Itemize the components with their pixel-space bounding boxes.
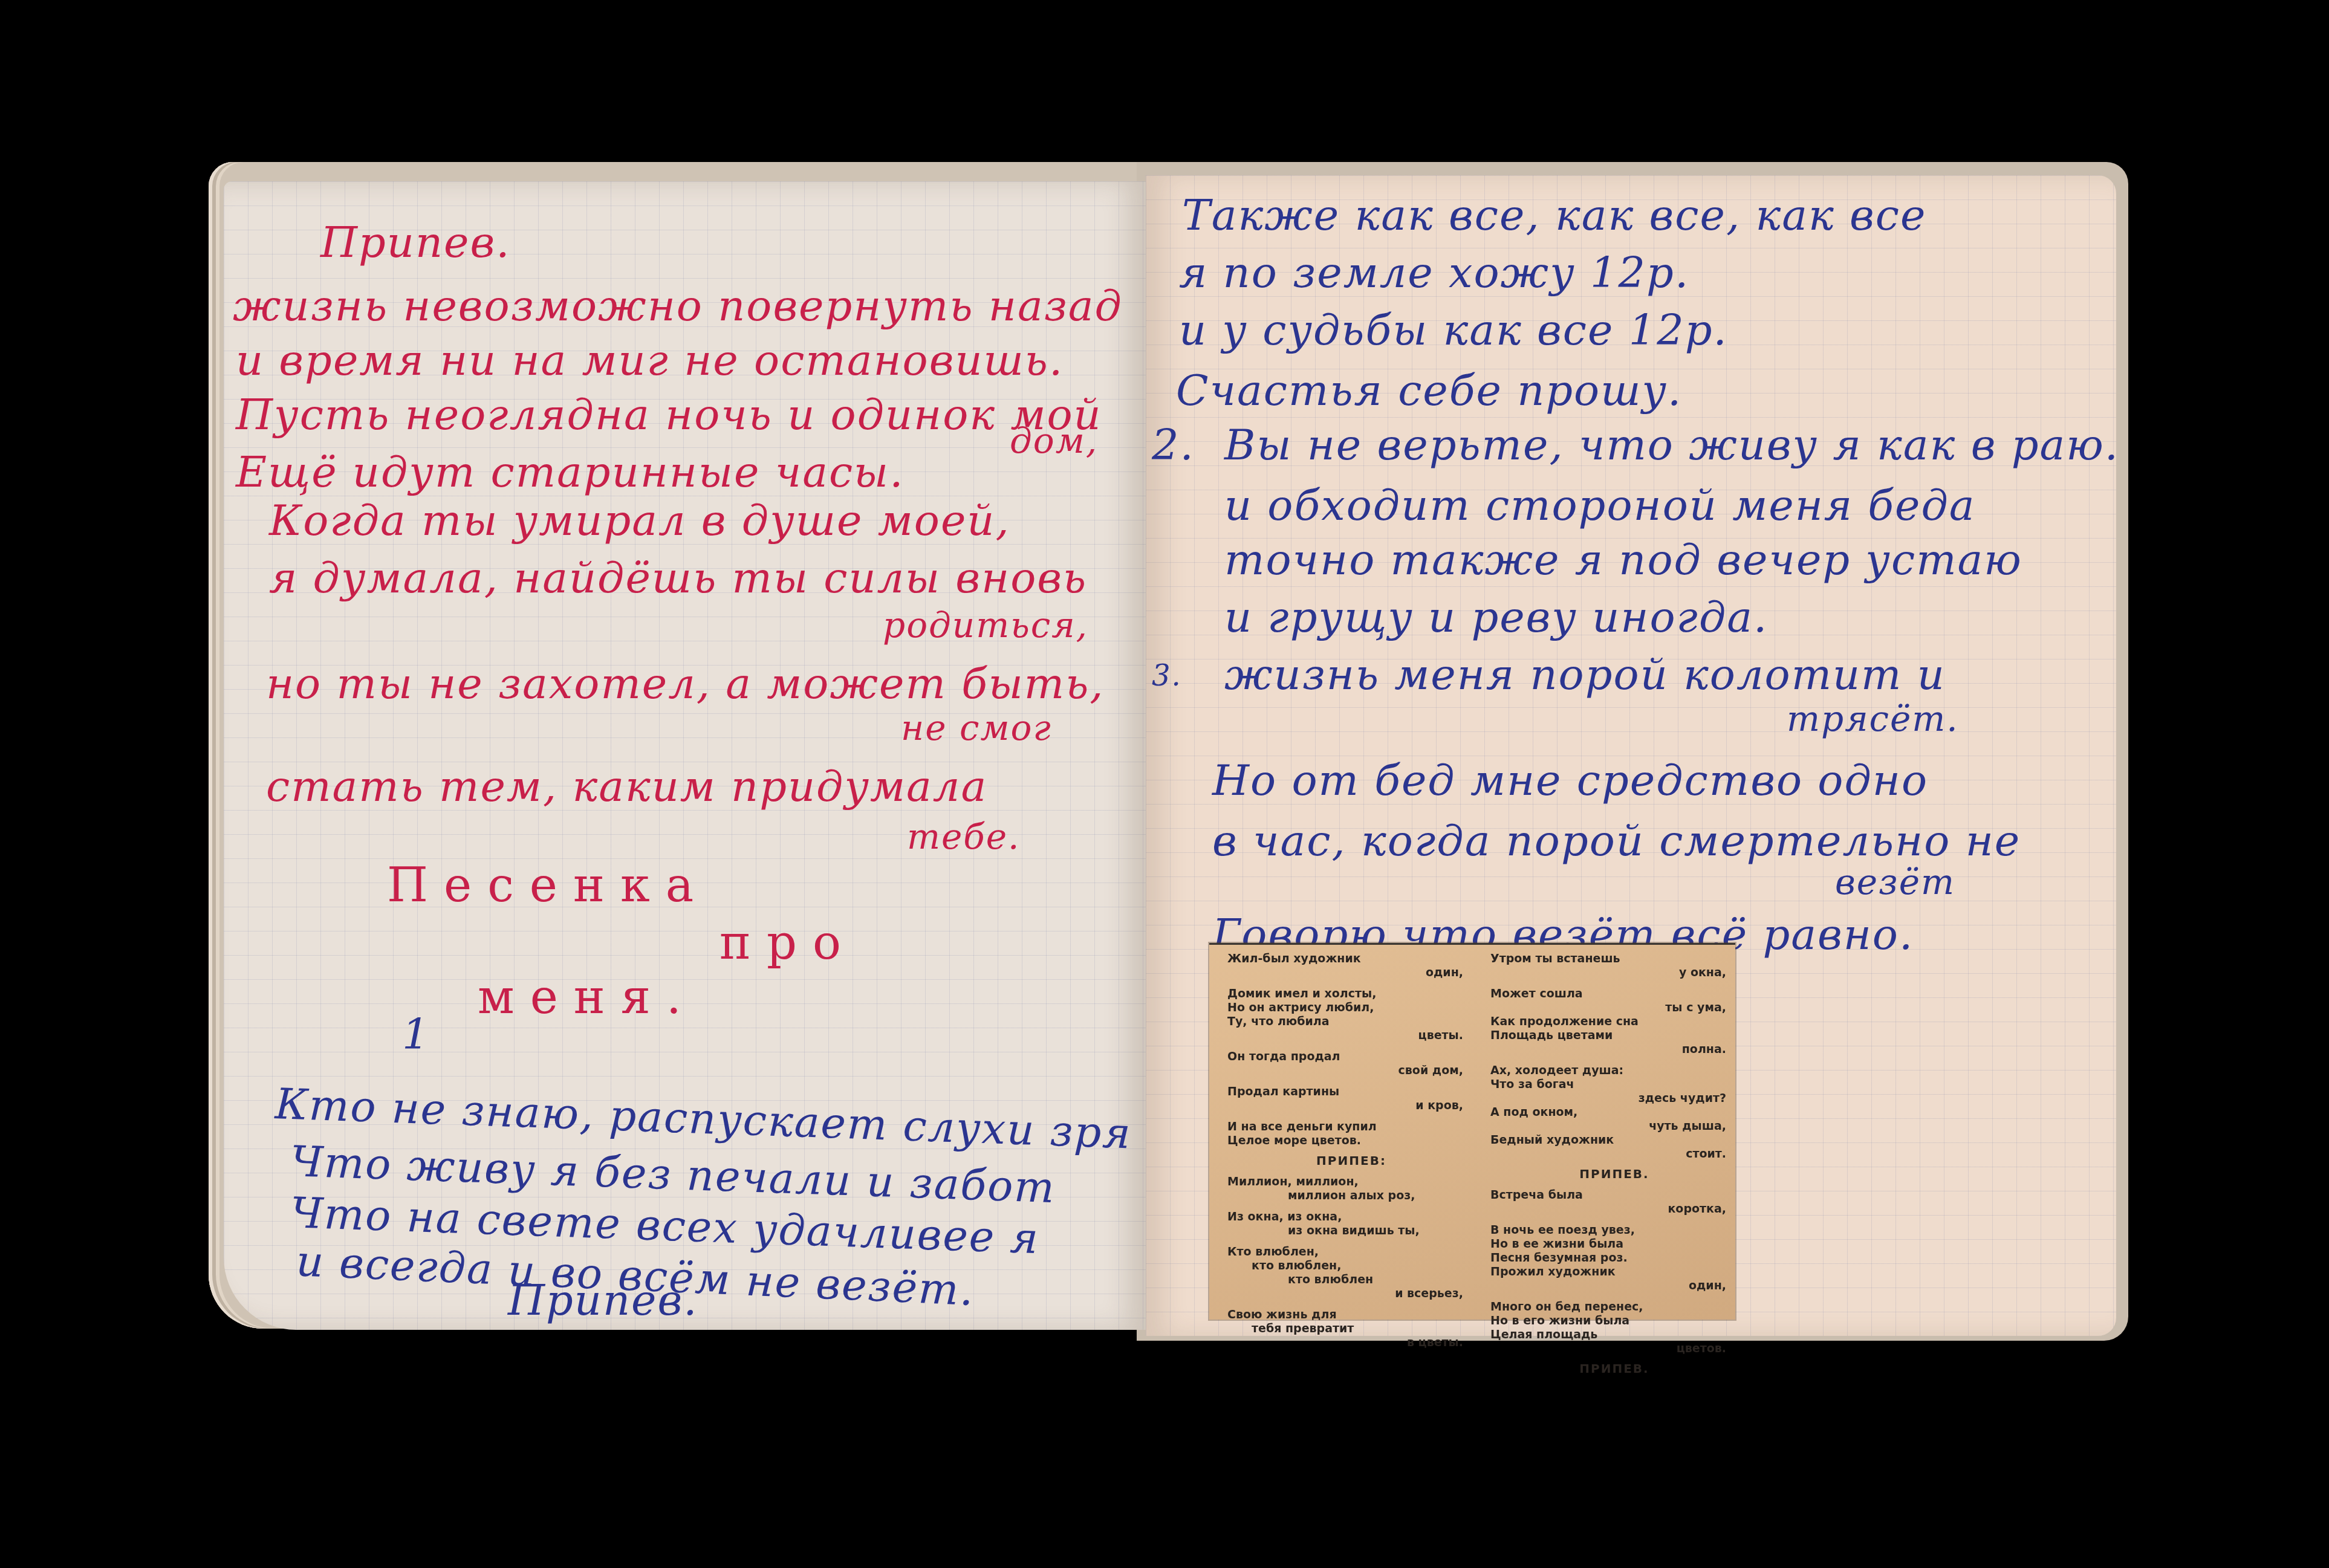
- clipping-line: чуть дыша,: [1490, 1119, 1738, 1133]
- verse-3-line-3-continuation: везёт: [1835, 861, 1955, 902]
- chorus-line-2: и время ни на миг не остановишь.: [236, 335, 1064, 385]
- verse-3-line-2: Но от бед мне средство одно: [1212, 756, 1928, 805]
- clipping-line: Песня безумная роз.: [1490, 1251, 1738, 1265]
- clipping-line: полна.: [1490, 1043, 1738, 1057]
- refrain-line-3: и у судьбы как все 12р.: [1179, 305, 1728, 355]
- clipping-line: Встреча была: [1490, 1188, 1738, 1202]
- clipping-chorus-heading: ПРИПЕВ.: [1490, 1167, 1738, 1181]
- song-chorus-reference: Припев.: [508, 1275, 698, 1325]
- clipping-line: здесь чудит?: [1490, 1092, 1738, 1106]
- refrain-line-4: Счастья себе прошу.: [1176, 366, 1682, 415]
- song-title-word-2: про: [719, 916, 857, 970]
- open-notebook: Припев. жизнь невозможно повернуть назад…: [0, 0, 2329, 1568]
- clipping-line: кто влюблен: [1227, 1273, 1475, 1287]
- clipping-line: миллион алых роз,: [1227, 1189, 1475, 1203]
- clipping-line: Миллион, миллион,: [1227, 1175, 1475, 1189]
- verse-3-line-1: жизнь меня порой колотит и: [1224, 650, 1946, 699]
- clipping-line: Много он бед перенес,: [1490, 1300, 1738, 1314]
- song-number-marker: 1: [402, 1009, 430, 1059]
- verse-line-5-continuation: не смог: [901, 707, 1052, 748]
- clipping-line: Но он актрису любил,: [1227, 1001, 1475, 1015]
- clipping-line: А под окном,: [1490, 1106, 1738, 1119]
- clipping-line: Целая площадь: [1490, 1328, 1738, 1342]
- song-title-word-3: меня.: [478, 970, 697, 1025]
- clipping-line: Но в ее жизни была: [1490, 1237, 1738, 1251]
- verse-3-line-1-continuation: трясёт.: [1787, 698, 1959, 739]
- verse-2-line-4: и грущу и реву иногда.: [1224, 592, 1768, 642]
- chorus-line-3: Пусть неоглядна ночь и одинок мой: [236, 390, 1102, 439]
- clipping-line: Как продолжение сна: [1490, 1015, 1738, 1029]
- newspaper-clipping: Жил-был художникодин,Домик имел и холсты…: [1209, 943, 1735, 1320]
- clipping-line: и кров,: [1227, 1099, 1475, 1113]
- verse-line-1: Когда ты умирал в душе моей,: [269, 496, 1010, 545]
- clipping-right-column: Утром ты встанешьу окна,Может сошлаты с …: [1490, 952, 1738, 1376]
- clipping-line: и всерьез,: [1227, 1287, 1475, 1301]
- clipping-line: коротка,: [1490, 1202, 1738, 1216]
- verse-2-line-1: Вы не верьте, что живу я как в раю.: [1224, 420, 2116, 470]
- clipping-line: Бедный художник: [1490, 1133, 1738, 1147]
- clipping-line: И на все деньги купил: [1227, 1120, 1475, 1134]
- verse-2-number: 2.: [1152, 420, 1195, 470]
- verse-line-4: но ты не захотел, а может быть,: [266, 659, 1105, 708]
- clipping-line: Целое море цветов.: [1227, 1134, 1475, 1148]
- clipping-line: Жил-был художник: [1227, 952, 1475, 966]
- clipping-line: Домик имел и холсты,: [1227, 987, 1475, 1001]
- clipping-line: Что за богач: [1490, 1078, 1738, 1092]
- clipping-line: В ночь ее поезд увез,: [1490, 1223, 1738, 1237]
- clipping-line: стоит.: [1490, 1147, 1738, 1161]
- verse-2-line-3: точно также я под вечер устаю: [1224, 535, 2022, 585]
- clipping-line: один,: [1227, 966, 1475, 980]
- left-page: Припев. жизнь невозможно повернуть назад…: [224, 181, 1146, 1330]
- verse-line-2: я думала, найдёшь ты силы вновь: [269, 553, 1087, 603]
- chorus-heading: Припев.: [320, 218, 510, 267]
- clipping-line: Ту, что любила: [1227, 1015, 1475, 1029]
- clipping-line: Может сошла: [1490, 987, 1738, 1001]
- clipping-line: Он тогда продал: [1227, 1050, 1475, 1064]
- clipping-line: один,: [1490, 1279, 1738, 1293]
- clipping-line: Из окна, из окна,: [1227, 1210, 1475, 1224]
- clipping-line: тебя превратит: [1227, 1322, 1475, 1336]
- clipping-line: из окна видишь ты,: [1227, 1224, 1475, 1238]
- clipping-chorus-heading: ПРИПЕВ:: [1227, 1154, 1475, 1168]
- song-title-word-1: Песенка: [387, 858, 709, 913]
- clipping-line: кто влюблен,: [1227, 1259, 1475, 1273]
- chorus-line-1: жизнь невозможно повернуть назад: [233, 281, 1123, 331]
- verse-line-3-continuation: родиться,: [883, 604, 1088, 646]
- clipping-left-column: Жил-был художникодин,Домик имел и холсты…: [1227, 952, 1475, 1350]
- chorus-line-4: Ещё идут старинные часы.: [236, 447, 904, 497]
- refrain-line-1: Также как все, как все, как все: [1182, 190, 1926, 240]
- clipping-line: у окна,: [1490, 966, 1738, 980]
- clipping-line: цветы.: [1227, 1029, 1475, 1043]
- clipping-line: свой дом,: [1227, 1064, 1475, 1078]
- clipping-line: ты с ума,: [1490, 1001, 1738, 1015]
- clipping-line: Свою жизнь для: [1227, 1308, 1475, 1322]
- clipping-line: в цветы.: [1227, 1336, 1475, 1350]
- verse-3-line-3: в час, когда порой смертельно не: [1212, 816, 2021, 866]
- clipping-line: Но в его жизни была: [1490, 1314, 1738, 1328]
- verse-3-number: 3.: [1152, 659, 1182, 693]
- verse-line-7-continuation: тебе.: [907, 816, 1020, 857]
- clipping-line: Прожил художник: [1490, 1265, 1738, 1279]
- verse-2-line-2: и обходит стороной меня беда: [1224, 481, 1976, 530]
- clipping-line: Кто влюблен,: [1227, 1245, 1475, 1259]
- clipping-chorus-heading: ПРИПЕВ.: [1490, 1362, 1738, 1376]
- clipping-line: цветов.: [1490, 1342, 1738, 1356]
- clipping-line: Ах, холодеет душа:: [1490, 1064, 1738, 1078]
- clipping-line: Площадь цветами: [1490, 1029, 1738, 1043]
- clipping-line: Продал картины: [1227, 1085, 1475, 1099]
- refrain-line-2: я по земле хожу 12р.: [1179, 248, 1689, 297]
- verse-line-6: стать тем, каким придумала: [266, 762, 987, 811]
- clipping-line: Утром ты встанешь: [1490, 952, 1738, 966]
- chorus-overwrite-word: дом,: [1010, 420, 1098, 461]
